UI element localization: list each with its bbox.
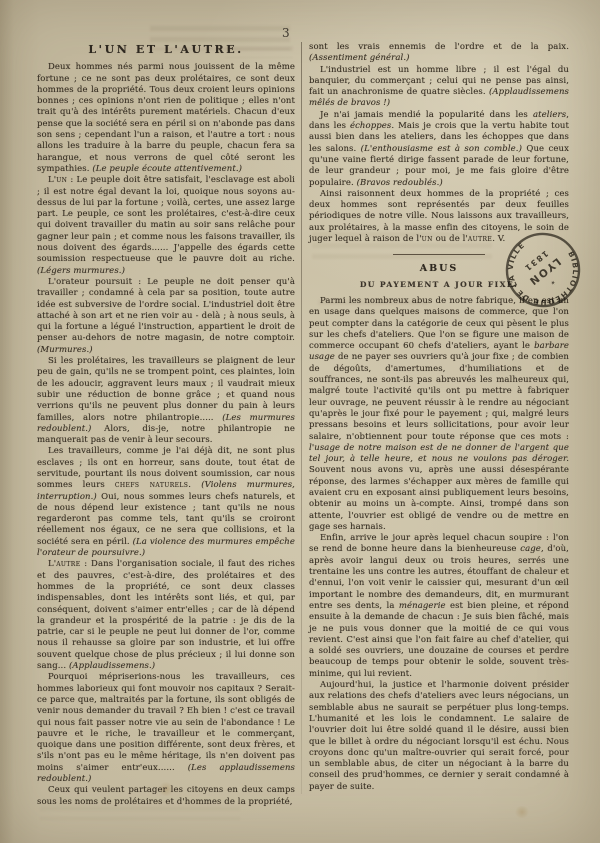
verso-showthrough bbox=[40, 806, 240, 820]
text-segment: L'orateur poursuit : Le peuple ne doit p… bbox=[37, 277, 295, 343]
paragraph: Enfin, arrive le jour après lequel chacu… bbox=[309, 533, 569, 680]
text-segment: L' bbox=[48, 175, 56, 185]
paragraph: sont les vrais ennemis de l'ordre et de … bbox=[309, 42, 569, 65]
article-body-right: sont les vrais ennemis de l'ordre et de … bbox=[309, 42, 569, 245]
text-segment: Je n'ai jamais mendié la popularité dans… bbox=[320, 110, 533, 120]
right-column: sont les vrais ennemis de l'ordre et de … bbox=[309, 42, 569, 793]
column-divider bbox=[301, 42, 302, 794]
text-segment: (Légers murmures.) bbox=[37, 266, 125, 276]
article-title: L'UN ET L'AUTRE. bbox=[37, 44, 295, 55]
text-segment: ou de l' bbox=[433, 234, 468, 244]
stamp-star-icon: ✶ bbox=[548, 278, 556, 287]
text-segment: ateliers bbox=[533, 110, 566, 120]
text-segment: de ne payer ses ouvriers qu'à jour fixe … bbox=[309, 352, 569, 441]
paragraph: Je n'ai jamais mendié la popularité dans… bbox=[309, 110, 569, 189]
text-segment: Ceux qui veulent partager les citoyens e… bbox=[37, 785, 295, 806]
left-column: L'UN ET L'AUTRE. Deux hommes nés parmi n… bbox=[37, 44, 295, 808]
article-body-left: Deux hommes nés parmi nous jouissent de … bbox=[37, 62, 295, 808]
text-segment: L' bbox=[48, 559, 56, 569]
text-segment: un bbox=[422, 234, 433, 244]
text-segment: autre bbox=[56, 559, 80, 569]
paper-stain bbox=[514, 806, 530, 818]
text-segment: ménagerie bbox=[399, 601, 446, 611]
paragraph: Deux hommes nés parmi nous jouissent de … bbox=[37, 62, 295, 175]
text-segment: . V. bbox=[492, 234, 505, 244]
text-segment: cage bbox=[520, 544, 541, 554]
text-segment: sont les vrais ennemis de l'ordre et de … bbox=[309, 42, 569, 52]
text-segment: est bien pleine, et répond ensuite à la … bbox=[309, 601, 569, 679]
text-segment: l'usage de notre maison est de ne donner… bbox=[309, 443, 569, 464]
paragraph: Pourquoi mépriserions-nous les travaille… bbox=[37, 672, 295, 785]
text-segment: Aujourd'hui, la justice et l'harmonie do… bbox=[309, 680, 569, 792]
paragraph: L'industriel est un homme libre ; il est… bbox=[309, 65, 569, 110]
paragraph: L'autre : Dans l'organisation sociale, i… bbox=[37, 559, 295, 672]
paragraph: L'orateur poursuit : Le peuple ne doit p… bbox=[37, 277, 295, 356]
text-segment: (Applaudissemens.) bbox=[69, 661, 155, 671]
text-segment: : Dans l'organisation sociale, il faut d… bbox=[37, 559, 295, 671]
text-segment: chefs naturels bbox=[115, 480, 188, 490]
page-number: 3 bbox=[282, 26, 290, 40]
section-divider-rule bbox=[393, 254, 485, 255]
text-segment: autre bbox=[468, 234, 492, 244]
text-segment: : Le peuple doit être satisfait, l'escla… bbox=[37, 175, 295, 264]
text-segment: (Le peuple écoute attentivement.) bbox=[92, 164, 242, 174]
paragraph: Parmi les nombreux abus de notre fabriqu… bbox=[309, 296, 569, 533]
text-segment: (L'enthousiasme est à son comble.) bbox=[361, 144, 522, 154]
text-segment: un bbox=[56, 175, 67, 185]
paragraph: Les travailleurs, comme je l'ai déjà dit… bbox=[37, 446, 295, 559]
text-segment: (Murmures.) bbox=[37, 345, 93, 355]
text-segment: échoppes bbox=[350, 121, 391, 131]
paragraph: Si les prolétaires, les travailleurs se … bbox=[37, 356, 295, 446]
text-segment: Deux hommes nés parmi nous jouissent de … bbox=[37, 62, 295, 174]
paragraph: Ceux qui veulent partager les citoyens e… bbox=[37, 785, 295, 808]
paragraph: Aujourd'hui, la justice et l'harmonie do… bbox=[309, 680, 569, 793]
text-segment: Pourquoi mépriserions-nous les travaille… bbox=[37, 672, 295, 772]
section-body: Parmi les nombreux abus de notre fabriqu… bbox=[309, 296, 569, 793]
text-segment: Souvent nous avons vu, après une aussi d… bbox=[309, 465, 569, 531]
text-segment: (Assentiment général.) bbox=[309, 53, 410, 63]
newspaper-page: 3 L'UN ET L'AUTRE. Deux hommes nés parmi… bbox=[0, 0, 600, 843]
paragraph: L'un : Le peuple doit être satisfait, l'… bbox=[37, 175, 295, 277]
text-segment: . bbox=[188, 480, 201, 490]
text-segment: (Bravos redoublés.) bbox=[357, 178, 443, 188]
